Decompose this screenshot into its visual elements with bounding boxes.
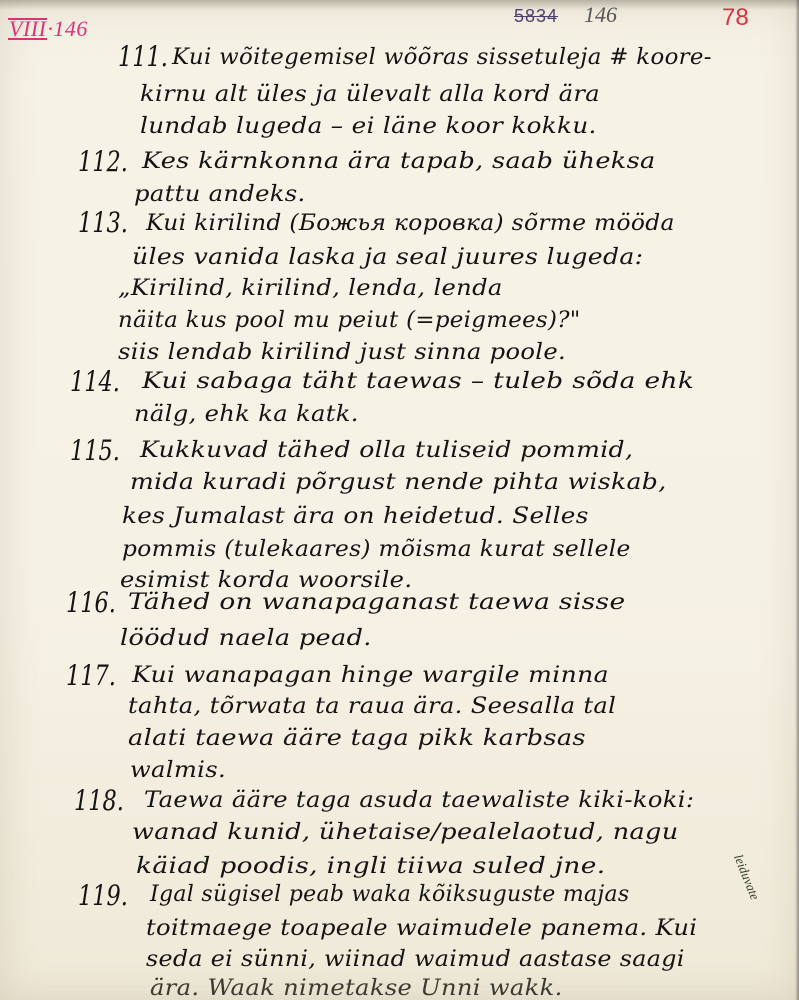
manuscript-page: VIII·146 5834 146 78 111. Kui wõitegemis… [0, 0, 799, 1000]
entry-line: kes Jumalast ära on heidetud. Selles [122, 502, 589, 532]
volume-roman-numeral: VIII [8, 18, 47, 40]
entry-line: pommis (tulekaares) mõisma kurat sellele [122, 535, 631, 565]
entry-line: pattu andeks. [134, 180, 306, 210]
entry-line: Kui sabaga täht taewas – tuleb sõda ehk [142, 367, 694, 397]
entry-number: 112. [78, 145, 128, 179]
entry-line: käiad poodis, ingli tiiwa suled jne. [136, 852, 606, 882]
entry-line: Tähed on wanapaganast taewa sisse [128, 588, 625, 618]
entry-line: näita kus pool mu peiut (=peigmees)?" [118, 306, 581, 336]
entry-number: 111. [118, 40, 168, 74]
entry-number: 119. [78, 879, 128, 913]
entry-line: nälg, ehk ka katk. [134, 400, 359, 430]
entry-number: 115. [70, 434, 120, 468]
entry-line: Kukkuvad tähed olla tuliseid pommid, [140, 436, 633, 466]
margin-annotation: leiduvate [730, 852, 763, 902]
entry-line: Kui wõitegemisel wõõras sissetuleja # ko… [172, 43, 712, 73]
entry-line: mida kuradi põrgust nende pihta wiskab, [130, 468, 667, 498]
entry-line: Kui wanapagan hinge wargile minna [132, 661, 609, 691]
entry-number: 114. [70, 365, 120, 399]
entry-line: wanad kunid, ühetaise/pealelaotud, nagu [132, 818, 679, 848]
old-archive-number: 5834 [514, 6, 558, 27]
scan-right-edge [795, 0, 799, 1000]
entry-line: alati taewa ääre taga pikk karbsas [128, 724, 586, 754]
entry-line: ära. Waak nimetakse Unni wakk. [150, 974, 563, 1000]
entry-number: 113. [78, 206, 128, 240]
entry-line: Kes kärnkonna ära tapab, saab üheksa [142, 147, 656, 177]
entry-line: üles vanida laska ja seal juures lugeda: [132, 243, 643, 273]
entry-line: siis lendab kirilind just sinna poole. [118, 338, 566, 368]
new-archive-number: 146 [584, 2, 617, 28]
entry-line: Igal sügisel peab waka kõiksuguste majas [150, 880, 630, 910]
entry-line: Taewa ääre taga asuda taewaliste kiki-ko… [144, 786, 694, 816]
entry-number: 118. [74, 784, 124, 818]
volume-stamp: VIII·146 [8, 16, 88, 42]
entry-line: löödud naela pead. [120, 624, 372, 654]
entry-line: seda ei sünni, wiinad waimud aastase saa… [146, 945, 685, 975]
entry-line: Kui kirilind (Божья коровка) sõrme mööda [146, 209, 675, 239]
entry-line: walmis. [130, 756, 226, 786]
entry-number: 117. [66, 659, 116, 693]
entry-number: 116. [66, 586, 116, 620]
folio-number: 78 [722, 4, 749, 32]
volume-page-number: 146 [53, 16, 88, 41]
entry-line: lundab lugeda – ei läne koor kokku. [140, 112, 597, 142]
entry-line: kirnu alt üles ja ülevalt alla kord ära [140, 80, 600, 110]
scan-top-shadow [0, 0, 799, 10]
entry-line: toitmaege toapeale waimudele panema. Kui [146, 914, 697, 944]
entry-line: tahta, tõrwata ta raua ära. Seesalla tal [128, 692, 616, 722]
entry-line: „Kirilind, kirilind, lenda, lenda [118, 274, 503, 304]
